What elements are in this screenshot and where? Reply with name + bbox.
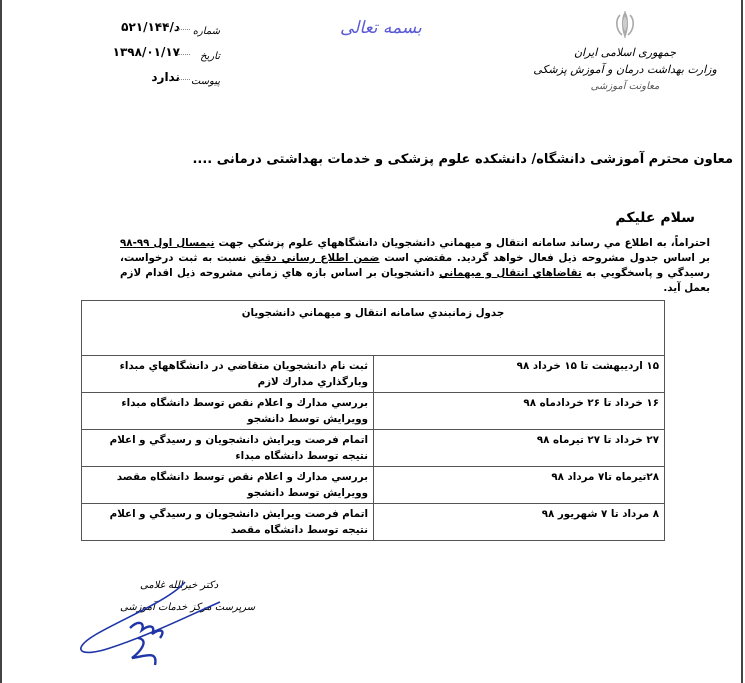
signature-block: دکتر خیرالله غلامی سرپرست مرکز خدمات آمو… bbox=[60, 540, 260, 680]
meta-date: ۱۳۹۸/۰۱/۱۷ تاریخ bbox=[110, 45, 220, 70]
date-label: تاریخ bbox=[200, 51, 220, 62]
ministry-name: وزارت بهداشت درمان و آموزش پزشکی bbox=[530, 61, 720, 78]
department-name: معاونت آموزشی bbox=[530, 78, 720, 95]
meta-number: د/۵۲۱/۱۴۴ شماره bbox=[110, 20, 220, 45]
body-part: بر اساس جدول مشروحه ذيل فعال خواهد گرديد… bbox=[379, 252, 710, 264]
table-row: ۱۵ ارديبهشت تا ۱۵ خرداد ۹۸ ثبت نام دانشج… bbox=[82, 356, 665, 393]
country-name: جمهوری اسلامی ایران bbox=[530, 44, 720, 61]
letter-number: د/۵۲۱/۱۴۴ bbox=[121, 20, 180, 34]
letter-body: احتراماً، به اطلاع مي رساند سامانه انتقا… bbox=[120, 236, 710, 296]
activity-cell: اتمام فرصت ويرايش دانشجويان و رسيدگي و ا… bbox=[82, 504, 374, 541]
handwritten-signature-icon bbox=[60, 540, 260, 680]
ministry-letterhead: جمهوری اسلامی ایران وزارت بهداشت درمان و… bbox=[530, 10, 720, 95]
letter-meta: د/۵۲۱/۱۴۴ شماره ۱۳۹۸/۰۱/۱۷ تاریخ ندارد پ… bbox=[110, 20, 220, 95]
period-cell: ۱۵ ارديبهشت تا ۱۵ خرداد ۹۸ bbox=[374, 356, 665, 393]
greeting: سلام علیکم bbox=[615, 210, 695, 226]
bismillah-heading: بسمه تعالی bbox=[340, 18, 422, 38]
schedule-table: جدول زمانبندي سامانه انتقال و ميهماني دا… bbox=[81, 300, 665, 541]
attachment-label: پیوست bbox=[191, 76, 220, 87]
table-title-row: جدول زمانبندي سامانه انتقال و ميهماني دا… bbox=[82, 301, 665, 356]
underlined-requests: تقاضاهاي انتقال و ميهماني bbox=[439, 267, 582, 279]
table-row: ۲۸تيرماه تا۷ مرداد ۹۸ بررسي مدارك و اعلا… bbox=[82, 467, 665, 504]
period-cell: ۸ مرداد تا ۷ شهريور ۹۸ bbox=[374, 504, 665, 541]
period-cell: ۱۶ خرداد تا ۲۶ خردادماه ۹۸ bbox=[374, 393, 665, 430]
underlined-semester: نيمسال اول ۹۹-۹۸ bbox=[120, 237, 215, 249]
activity-cell: اتمام فرصت ويرايش دانشجويان و رسيدگي و ا… bbox=[82, 430, 374, 467]
meta-attachment: ندارد پیوست bbox=[110, 70, 220, 95]
table-row: ۸ مرداد تا ۷ شهريور ۹۸ اتمام فرصت ويرايش… bbox=[82, 504, 665, 541]
letter-attachment: ندارد bbox=[151, 70, 180, 84]
iran-emblem-icon bbox=[612, 10, 638, 40]
underlined-notice: ضمن اطلاع رساني دقيق bbox=[251, 252, 379, 264]
page-edge-right bbox=[741, 0, 743, 683]
activity-cell: بررسي مدارك و اعلام نقص توسط دانشگاه مبد… bbox=[82, 393, 374, 430]
number-label: شماره bbox=[193, 26, 220, 37]
period-cell: ۲۸تيرماه تا۷ مرداد ۹۸ bbox=[374, 467, 665, 504]
body-part: احتراماً، به اطلاع مي رساند سامانه انتقا… bbox=[215, 237, 711, 249]
dotted-line bbox=[178, 79, 190, 80]
dotted-line bbox=[178, 54, 190, 55]
activity-cell: ثبت نام دانشجويان متقاضي در دانشگاههاي م… bbox=[82, 356, 374, 393]
activity-cell: بررسي مدارك و اعلام نقص توسط دانشگاه مقص… bbox=[82, 467, 374, 504]
dotted-line bbox=[178, 29, 190, 30]
letter-date: ۱۳۹۸/۰۱/۱۷ bbox=[113, 45, 180, 59]
period-cell: ۲۷ خرداد تا ۲۷ تيرماه ۹۸ bbox=[374, 430, 665, 467]
table-row: ۲۷ خرداد تا ۲۷ تيرماه ۹۸ اتمام فرصت ويرا… bbox=[82, 430, 665, 467]
table-row: ۱۶ خرداد تا ۲۶ خردادماه ۹۸ بررسي مدارك و… bbox=[82, 393, 665, 430]
table-title: جدول زمانبندي سامانه انتقال و ميهماني دا… bbox=[82, 301, 665, 356]
page-edge-left bbox=[0, 0, 2, 683]
recipient-line: معاون محترم آموزشی دانشگاه/ دانشکده علوم… bbox=[192, 152, 733, 167]
